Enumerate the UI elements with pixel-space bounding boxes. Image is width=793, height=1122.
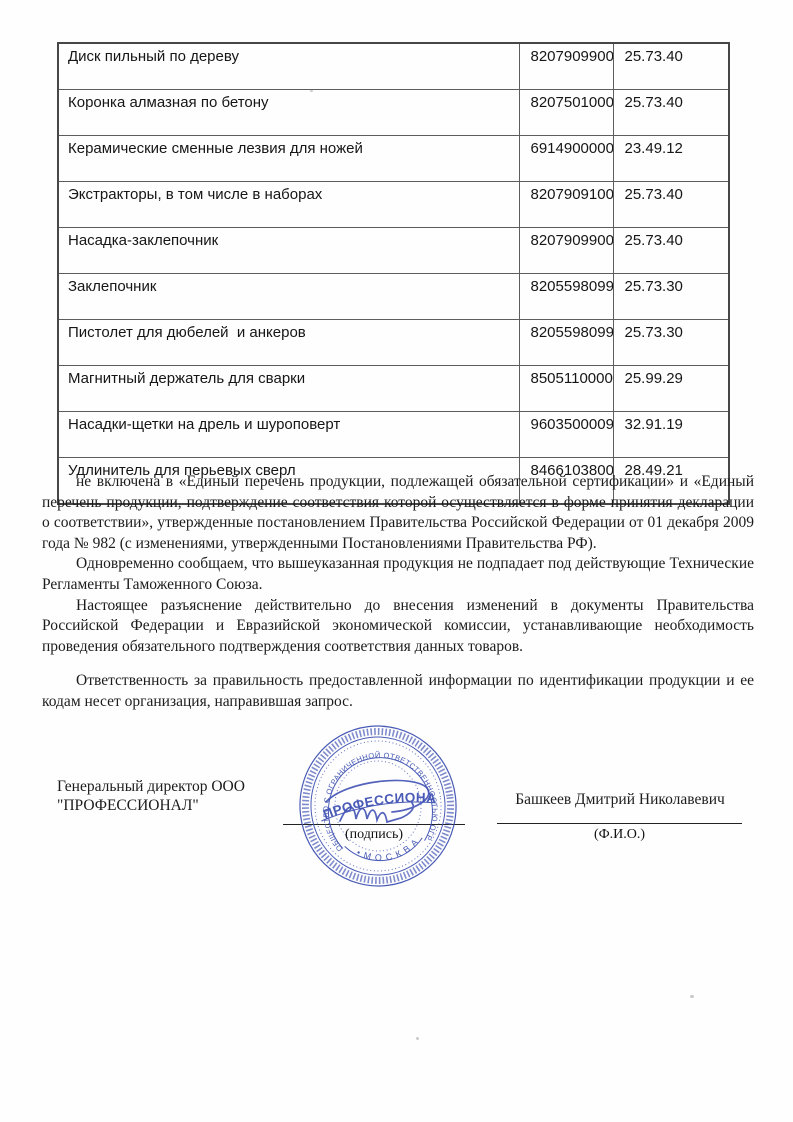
okpd-code-cell: 23.49.12 (613, 136, 729, 182)
product-table: Диск пильный по дереву 8207909900 25.73.… (57, 42, 730, 505)
tnved-code-cell: 8205598099 (519, 320, 613, 366)
table-row: Диск пильный по дереву 8207909900 25.73.… (58, 43, 729, 90)
table-row: Насадка-заклепочник 8207909900 25.73.40 (58, 228, 729, 274)
product-name-cell: Магнитный держатель для сварки (58, 366, 519, 412)
paragraph: Ответственность за правильность предоста… (42, 671, 754, 712)
product-name-cell: Насадка-заклепочник (58, 228, 519, 274)
paragraph: Настоящее разъяснение действительно до в… (42, 596, 754, 658)
scan-speck (310, 90, 313, 92)
document-page: Диск пильный по дереву 8207909900 25.73.… (0, 0, 793, 1122)
table-row: Заклепочник 8205598099 25.73.30 (58, 274, 729, 320)
signer-title-line2: "ПРОФЕССИОНАЛ" (57, 796, 287, 815)
table-row: Керамические сменные лезвия для ножей 69… (58, 136, 729, 182)
product-name-cell: Диск пильный по дереву (58, 43, 519, 90)
table-row: Коронка алмазная по бетону 8207501000 25… (58, 90, 729, 136)
paragraph: Одновременно сообщаем, что вышеуказанная… (42, 554, 754, 595)
tnved-code-cell: 8207501000 (519, 90, 613, 136)
signer-full-name: Башкеев Дмитрий Николавевич (497, 791, 743, 809)
table-row: Экстракторы, в том числе в наборах 82079… (58, 182, 729, 228)
okpd-code-cell: 25.73.40 (613, 90, 729, 136)
fio-line (497, 823, 742, 824)
okpd-code-cell: 25.73.30 (613, 320, 729, 366)
tnved-code-cell: 8207909900 (519, 228, 613, 274)
tnved-code-cell: 8207909900 (519, 43, 613, 90)
company-stamp-icon: ОБЩЕСТВО С ОГРАНИЧЕННОЙ ОТВЕТСТВЕННОСТЬЮ… (296, 722, 460, 890)
okpd-code-cell: 25.73.40 (613, 182, 729, 228)
okpd-code-cell: 25.73.30 (613, 274, 729, 320)
fio-caption: (Ф.И.О.) (497, 827, 742, 843)
product-name-cell: Экстракторы, в том числе в наборах (58, 182, 519, 228)
tnved-code-cell: 9603500009 (519, 412, 613, 458)
product-name-cell: Керамические сменные лезвия для ножей (58, 136, 519, 182)
okpd-code-cell: 32.91.19 (613, 412, 729, 458)
product-name-cell: Заклепочник (58, 274, 519, 320)
table-row: Насадки-щетки на дрель и шуроповерт 9603… (58, 412, 729, 458)
table-row: Магнитный держатель для сварки 850511000… (58, 366, 729, 412)
table-row: Пистолет для дюбелей и анкеров 820559809… (58, 320, 729, 366)
tnved-code-cell: 8205598099 (519, 274, 613, 320)
product-name-cell: Пистолет для дюбелей и анкеров (58, 320, 519, 366)
tnved-code-cell: 6914900000 (519, 136, 613, 182)
scan-speck (416, 1037, 419, 1040)
paragraph: не включена в «Единый перечень продукции… (42, 472, 754, 554)
tnved-code-cell: 8505110000 (519, 366, 613, 412)
signer-title-line1: Генеральный директор ООО (57, 777, 287, 796)
product-name-cell: Коронка алмазная по бетону (58, 90, 519, 136)
body-text: не включена в «Единый перечень продукции… (42, 472, 754, 713)
product-name-cell: Насадки-щетки на дрель и шуроповерт (58, 412, 519, 458)
signer-title: Генеральный директор ООО "ПРОФЕССИОНАЛ" (57, 777, 287, 815)
scan-speck (690, 995, 694, 998)
okpd-code-cell: 25.99.29 (613, 366, 729, 412)
tnved-code-cell: 8207909100 (519, 182, 613, 228)
okpd-code-cell: 25.73.40 (613, 43, 729, 90)
okpd-code-cell: 25.73.40 (613, 228, 729, 274)
